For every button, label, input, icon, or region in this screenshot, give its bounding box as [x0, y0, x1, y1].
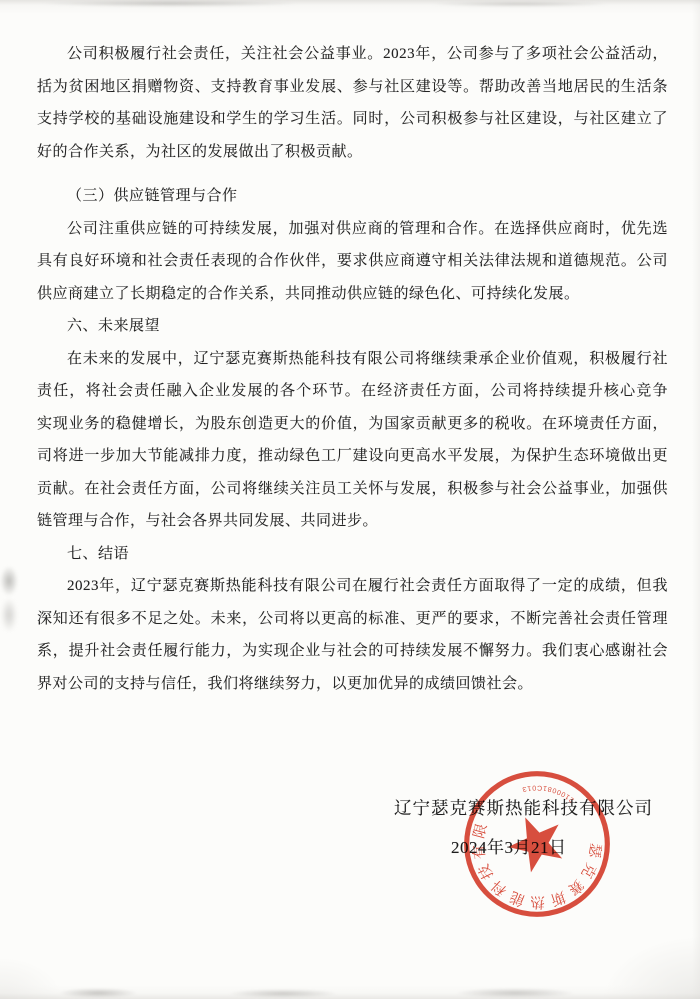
scan-smudge [430, 1, 610, 7]
seal-graphic: 辽宁瑟克赛斯热能科技有限公司 2100081C013 [462, 769, 612, 919]
paragraph-social-welfare: 公司积极履行社会责任，关注社会公益事业。2023年，公司参与了多项社会公益活动，… [37, 38, 668, 168]
text-line: 链管理与合作，与社会各界共同发展、共同进步。 [37, 505, 668, 538]
heading-future-outlook: 六、未来展望 [37, 310, 668, 343]
text-line: 好的合作关系，为社区的发展做出了积极贡献。 [37, 136, 668, 169]
text-line: 括为贫困地区捐赠物资、支持教育事业发展、参与社区建设等。帮助改善当地居民的生活条… [37, 71, 668, 104]
scan-smudge [0, 566, 18, 596]
text-line: 深知还有很多不足之处。未来，公司将以更高的标准、更严的要求，不断完善社会责任管理… [37, 603, 668, 636]
document-body: 公司积极履行社会责任，关注社会公益事业。2023年，公司参与了多项社会公益活动，… [37, 38, 668, 700]
scan-smudge [455, 988, 575, 998]
company-seal: 辽宁瑟克赛斯热能科技有限公司 2100081C013 [462, 769, 612, 919]
scanned-page: 公司积极履行社会责任，关注社会公益事业。2023年，公司参与了多项社会公益活动，… [0, 0, 700, 999]
text-line: 供应商建立了长期稳定的合作关系，共同推动供应链的绿色化、可持续化发展。 [37, 278, 668, 311]
scan-smudge [40, 0, 300, 7]
text-line: 实现业务的稳健增长，为股东创造更大的价值，为国家贡献更多的税收。在环境责任方面，… [37, 408, 668, 441]
text-line: 公司注重供应链的可持续发展，加强对供应商的管理和合作。在选择供应商时，优先选择 [37, 213, 668, 246]
text-line: 具有良好环境和社会责任表现的合作伙伴，要求供应商遵守相关法律法规和道德规范。公司… [37, 245, 668, 278]
paragraph-supply-chain: 公司注重供应链的可持续发展，加强对供应商的管理和合作。在选择供应商时，优先选择 … [37, 213, 668, 311]
text-line: 支持学校的基础设施建设和学生的学习生活。同时，公司积极参与社区建设，与社区建立了… [37, 103, 668, 136]
scan-smudge [228, 989, 338, 998]
paragraph-future-outlook: 在未来的发展中，辽宁瑟克赛斯热能科技有限公司将继续秉承企业价值观，积极履行社会 … [37, 343, 668, 538]
heading-supply-chain: （三）供应链管理与合作 [37, 180, 668, 213]
heading-conclusion: 七、结语 [37, 538, 668, 571]
text-line: 2023年，辽宁瑟克赛斯热能科技有限公司在履行社会责任方面取得了一定的成绩，但我… [37, 570, 668, 603]
scan-smudge [58, 988, 138, 998]
text-line: 界对公司的支持与信任，我们将继续努力，以更加优异的成绩回馈社会。 [37, 668, 668, 701]
text-line: 在未来的发展中，辽宁瑟克赛斯热能科技有限公司将继续秉承企业价值观，积极履行社会 [37, 343, 668, 376]
text-line: 责任，将社会责任融入企业发展的各个环节。在经济责任方面，公司将持续提升核心竞争力… [37, 375, 668, 408]
text-line: 司将进一步加大节能减排力度，推动绿色工厂建设向更高水平发展，为保护生态环境做出更… [37, 440, 668, 473]
paragraph-conclusion: 2023年，辽宁瑟克赛斯热能科技有限公司在履行社会责任方面取得了一定的成绩，但我… [37, 570, 668, 700]
scan-smudge [1, 598, 17, 632]
text-line: 贡献。在社会责任方面，公司将继续关注员工关怀与发展，积极参与社会公益事业，加强供… [37, 473, 668, 506]
seal-star-icon [504, 815, 569, 878]
text-line: 系，提升社会责任履行能力，为实现企业与社会的可持续发展不懈努力。我们衷心感谢社会… [37, 635, 668, 668]
text-line: 公司积极履行社会责任，关注社会公益事业。2023年，公司参与了多项社会公益活动，… [37, 38, 668, 71]
